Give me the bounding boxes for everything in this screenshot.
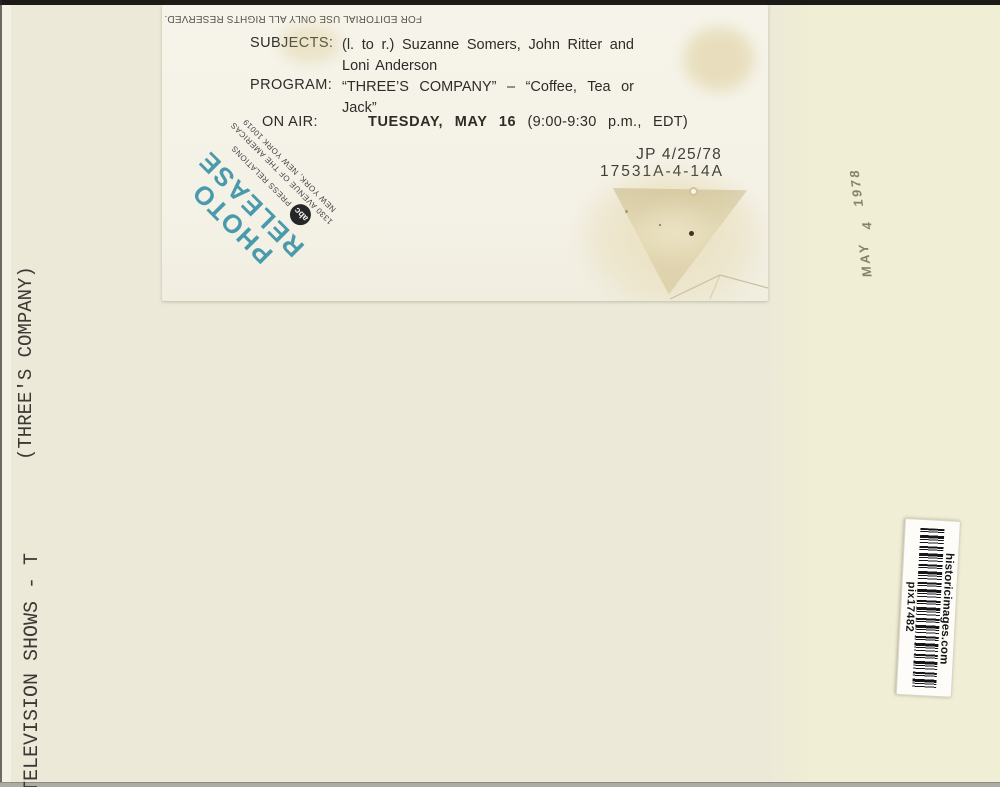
paper-blemish-ring	[689, 187, 698, 196]
date-stamp-day: 4	[859, 220, 875, 230]
photo-back-scan: FOR EDITORIAL USE ONLY ALL RIGHTS RESERV…	[0, 0, 1000, 787]
typed-filing-annotation: TELEVISION SHOWS - T	[21, 553, 44, 787]
editorial-notice-upside-down: FOR EDITORIAL USE ONLY ALL RIGHTS RESERV…	[210, 13, 422, 24]
subjects-value-line1: (l. to r.) Suzanne Somers, John Ritter a…	[342, 35, 634, 56]
abc-logo-text: abc	[292, 206, 310, 224]
reference-numbers: JP 4/25/78 17531A-4-14A	[562, 146, 724, 180]
fold-crease	[662, 265, 768, 301]
on-air-value: TUESDAY, MAY 16 (9:00-9:30 p.m., EDT)	[368, 114, 688, 130]
reference-date: JP 4/25/78	[562, 146, 724, 163]
stain-small-right	[684, 27, 754, 91]
typed-category-annotation: (THREE'S COMPANY)	[15, 266, 37, 460]
subjects-value-line2: Loni Anderson	[342, 56, 634, 77]
on-air-time: (9:00-9:30 p.m., EDT)	[528, 114, 689, 130]
ink-speck	[625, 210, 628, 213]
ink-speck	[689, 231, 694, 236]
scan-edge-left	[0, 0, 2, 787]
program-value-line1: “THREE’S COMPANY” – “Coffee, Tea or	[342, 77, 634, 98]
barcode-sticker: historicimages.com pix17482	[905, 518, 961, 696]
program-label: PROGRAM:	[250, 77, 332, 93]
ink-speck	[659, 224, 661, 226]
barcode-sticker-face: historicimages.com pix17482	[896, 518, 961, 698]
reference-negative-number: 17531A-4-14A	[562, 163, 724, 180]
paper-tint-band	[768, 5, 1000, 782]
scan-edge-bottom	[0, 782, 1000, 787]
subjects-label: SUBJECTS:	[250, 35, 333, 51]
scan-edge-left-light	[2, 5, 11, 782]
on-air-date: TUESDAY, MAY 16	[368, 114, 516, 130]
